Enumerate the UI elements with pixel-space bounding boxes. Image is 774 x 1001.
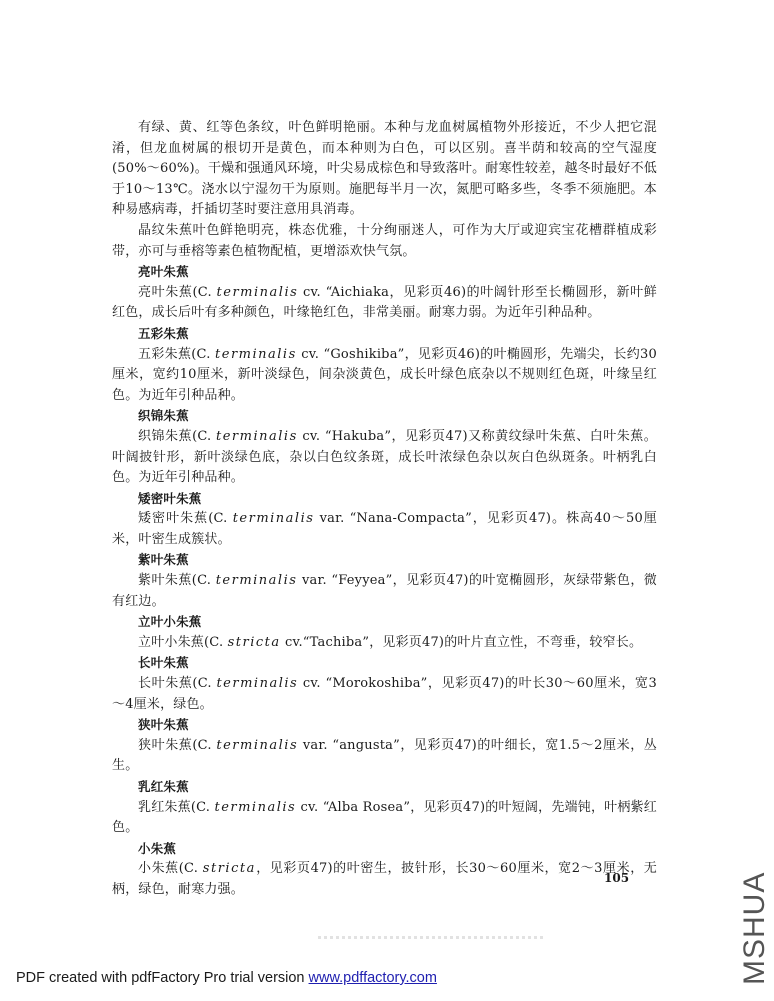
footer-text: PDF created with pdfFactory Pro trial ve… [16,970,309,986]
paragraph-care: 有绿、黄、红等色条纹，叶色鲜明艳丽。本种与龙血树属植物外形接近，不少人把它混淆，… [112,118,657,221]
entry-heading: 织锦朱蕉 [112,406,657,427]
entry-heading: 五彩朱蕉 [112,324,657,345]
entry-heading: 小朱蕉 [112,839,657,860]
entry: 五彩朱蕉 五彩朱蕉(C. terminalis cv. “Goshikiba”，… [112,324,657,406]
latin-name: terminalis [214,800,296,815]
latin-name: terminalis [216,676,298,691]
page-number: 105 [604,871,629,885]
entry: 小朱蕉 小朱蕉(C. stricta，见彩页47)的叶密生，披针形，长30～60… [112,839,657,901]
entry: 长叶朱蕉 长叶朱蕉(C. terminalis cv. “Morokoshiba… [112,653,657,715]
latin-name: stricta [228,635,281,650]
latin-name: terminalis [215,347,297,362]
entry: 紫叶朱蕉 紫叶朱蕉(C. terminalis var. “Feyyea”，见彩… [112,550,657,612]
entry-heading: 紫叶朱蕉 [112,550,657,571]
entry-heading: 狭叶朱蕉 [112,715,657,736]
entry-heading: 亮叶朱蕉 [112,262,657,283]
entry-body: 狭叶朱蕉(C. terminalis var. “angusta”，见彩页47)… [112,736,657,777]
entry-body: 紫叶朱蕉(C. terminalis var. “Feyyea”，见彩页47)的… [112,571,657,612]
entry: 乳红朱蕉 乳红朱蕉(C. terminalis cv. “Alba Rosea”… [112,777,657,839]
latin-name: stricta [203,861,256,876]
page-body: 有绿、黄、红等色条纹，叶色鲜明艳丽。本种与龙血树属植物外形接近，不少人把它混淆，… [112,118,657,901]
paragraph-usage: 晶纹朱蕉叶色鲜艳明亮，株态优雅，十分绚丽迷人，可作为大厅或迎宾宝花槽群植成彩带，… [112,221,657,262]
latin-name: terminalis [216,573,298,588]
entry-body: 乳红朱蕉(C. terminalis cv. “Alba Rosea”，见彩页4… [112,798,657,839]
latin-name: terminalis [217,285,299,300]
entry: 矮密叶朱蕉 矮密叶朱蕉(C. terminalis var. “Nana-Com… [112,489,657,551]
pdf-footer: PDF created with pdfFactory Pro trial ve… [16,970,437,986]
entry-body: 亮叶朱蕉(C. terminalis cv. “Aichiaka，见彩页46)的… [112,283,657,324]
entry-heading: 乳红朱蕉 [112,777,657,798]
entry-body: 长叶朱蕉(C. terminalis cv. “Morokoshiba”，见彩页… [112,674,657,715]
entry-body: 五彩朱蕉(C. terminalis cv. “Goshikiba”，见彩页46… [112,345,657,407]
entry-heading: 矮密叶朱蕉 [112,489,657,510]
scan-artifact [318,936,543,939]
latin-name: terminalis [216,429,298,444]
entry: 织锦朱蕉 织锦朱蕉(C. terminalis cv. “Hakuba”，见彩页… [112,406,657,488]
entry-heading: 长叶朱蕉 [112,653,657,674]
entry-body: 小朱蕉(C. stricta，见彩页47)的叶密生，披针形，长30～60厘米，宽… [112,859,657,900]
entry-body: 矮密叶朱蕉(C. terminalis var. “Nana-Compacta”… [112,509,657,550]
entry-heading: 立叶小朱蕉 [112,612,657,633]
pdffactory-link[interactable]: www.pdffactory.com [309,970,437,986]
entry: 亮叶朱蕉 亮叶朱蕉(C. terminalis cv. “Aichiaka，见彩… [112,262,657,324]
watermark: MSHUA [738,872,772,985]
entry-body: 织锦朱蕉(C. terminalis cv. “Hakuba”，见彩页47)又称… [112,427,657,489]
entry: 立叶小朱蕉 立叶小朱蕉(C. stricta cv.“Tachiba”，见彩页4… [112,612,657,653]
latin-name: terminalis [233,511,315,526]
entry: 狭叶朱蕉 狭叶朱蕉(C. terminalis var. “angusta”，见… [112,715,657,777]
entry-body: 立叶小朱蕉(C. stricta cv.“Tachiba”，见彩页47)的叶片直… [112,633,657,654]
latin-name: terminalis [216,738,298,753]
